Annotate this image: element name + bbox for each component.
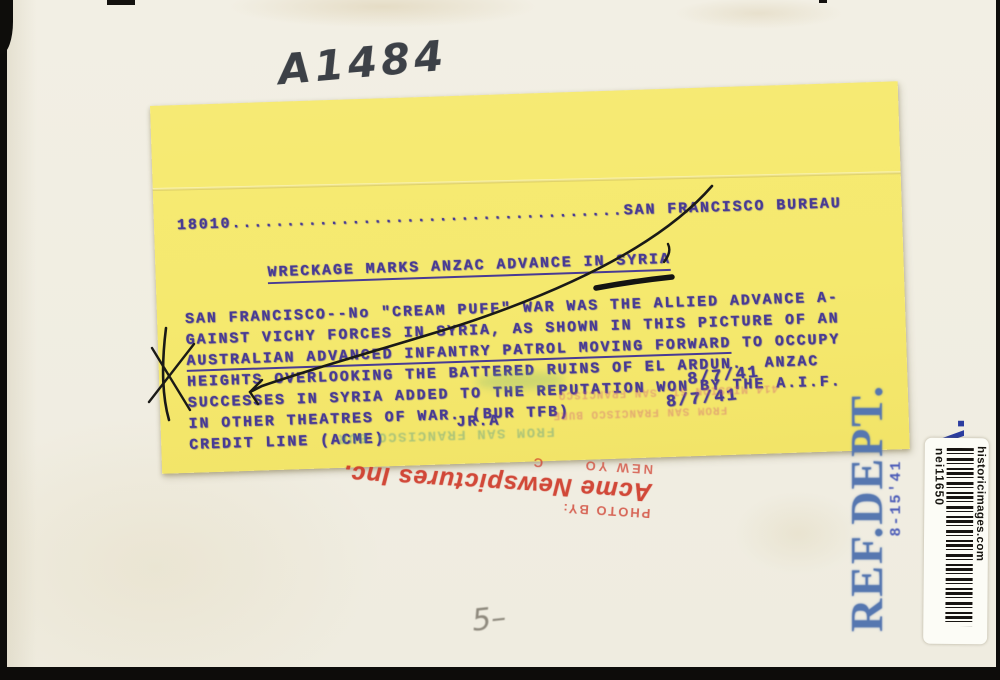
scan-edge-right (996, 0, 1000, 680)
scan-edge-mark (107, 0, 135, 5)
scan-edge-mark (819, 0, 827, 3)
caption-headline: WRECKAGE MARKS ANZAC ADVANCE IN SYRIA (267, 251, 671, 281)
headline-text: WRECKAGE MARKS ANZAC ADVANCE IN SYRIA (267, 251, 671, 284)
archive-id-text: nei11650 (931, 448, 947, 636)
caption-number: 18010 (177, 215, 232, 234)
ghost-stamp-text: FROM SAN FRANCISCO BURE (552, 403, 727, 421)
body-text: TO OCCUPY (731, 331, 841, 352)
scan-edge-bottom (0, 667, 1000, 680)
ref-dept-stamp: REF.DEPT. (840, 358, 892, 658)
caption-slip: 18010...................................… (150, 81, 910, 474)
dotted-leader: .................................... (231, 202, 624, 232)
date-received-stamp: 8-15'41 (888, 448, 910, 548)
bureau-stamp: SAN FRANCISCO BUREAU (623, 195, 841, 219)
scan-edge-left (0, 0, 7, 680)
archive-barcode-label: historicimages.com nei11650 (923, 438, 989, 645)
caption-header-line: 18010...................................… (177, 195, 842, 234)
handwritten-number: 5– (470, 600, 508, 638)
archive-site-text: historicimages.com (973, 446, 987, 636)
barcode (945, 448, 974, 626)
slip-fold-edge (153, 171, 901, 191)
